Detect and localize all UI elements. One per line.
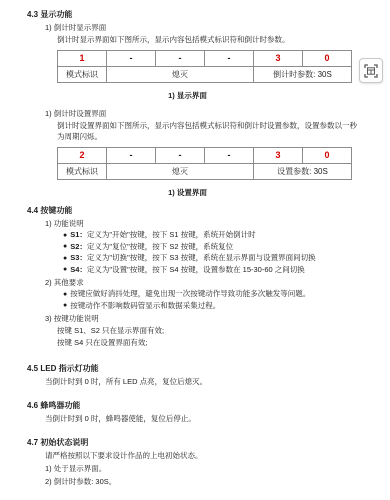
document-page: { "colors": { "accent_red": "#d40000", "… [0,0,390,500]
setting-table-caption: 1) 设置界面 [40,187,335,198]
display-table-caption: 1) 显示界面 [40,90,335,101]
mode-label-cell: 模式标识 [58,164,107,180]
key-name: S1： [70,230,87,239]
setting-interface-table: 2 - - - 3 0 模式标识 熄灭 设置参数: 30S [57,147,352,180]
table-row: 模式标识 熄灭 设置参数: 30S [58,164,352,180]
bullet-icon: ● [63,302,67,309]
section-4-3-heading: 4.3 显示功能 [27,9,390,20]
segment-digit: - [205,148,254,164]
key-desc: 定义为"开始"按键，按下 S1 按键，系统开始倒计时 [87,230,256,239]
table-row: 1 - - - 3 0 [58,51,352,67]
list-item: ●S2：定义为"复位"按键，按下 S2 按键，系统复位 [63,241,390,253]
list-item: ●S4：定义为"设置"按键，按下 S4 按键，设置参数在 15-30-60 之间… [63,264,390,276]
display-sub1-title: 1) 倒计时显示界面 [45,22,390,33]
keys-desc-title: 3) 按键功能说明 [45,313,390,324]
section-4-5-heading: 4.5 LED 指示灯功能 [27,363,390,374]
led-body: 当倒计时到 0 时，所有 LED 点亮，复位后熄灭。 [45,376,390,387]
segment-digit: 0 [303,51,352,67]
segment-digit: 1 [58,51,107,67]
param-label-cell: 设置参数: 30S [254,164,352,180]
bullet-icon: ● [63,266,67,273]
segment-digit: - [107,51,156,67]
list-item: ●S3：定义为"切换"按键，按下 S3 按键，系统在显示界面与设置界面间切换 [63,252,390,264]
section-4-4-heading: 4.4 按键功能 [27,205,390,216]
bullet-icon: ● [63,255,67,262]
section-4-7-heading: 4.7 初始状态说明 [27,437,390,448]
list-item: ●按键应做好消抖处理，避免出现一次按键动作导致功能多次触发等问题。 [63,288,390,300]
key-name: S4： [70,265,87,274]
display-interface-table: 1 - - - 3 0 模式标识 熄灭 倒计时参数: 30S [57,50,352,83]
segment-digit: 3 [254,148,303,164]
segment-digit: - [156,51,205,67]
table-row: 模式标识 熄灭 倒计时参数: 30S [58,67,352,83]
key-name: S2： [70,242,87,251]
table-capture-button[interactable] [359,58,383,83]
bullet-icon: ● [63,232,67,239]
key-name: S3： [70,253,87,262]
init-item: 1) 处于显示界面。 [45,463,390,474]
segment-digit: 2 [58,148,107,164]
segment-digit: - [156,148,205,164]
document-content: 4.3 显示功能 1) 倒计时显示界面 倒计时显示界面如下图所示，显示内容包括模… [0,0,390,487]
segment-digit: 3 [254,51,303,67]
keys-other-title: 2) 其他要求 [45,277,390,288]
display-sub1-body: 倒计时显示界面如下图所示，显示内容包括模式标识符和倒计时参数。 [57,34,361,45]
key-desc: 定义为"设置"按键，按下 S4 按键，设置参数在 15-30-60 之间切换 [87,265,305,274]
table-capture-icon [364,64,378,78]
key-desc: 定义为"切换"按键，按下 S3 按键，系统在显示界面与设置界面间切换 [87,253,316,262]
key-desc: 定义为"复位"按键，按下 S2 按键，系统复位 [87,242,233,251]
init-item: 2) 倒计时参数: 30S。 [45,476,390,487]
section-4-6-heading: 4.6 蜂鸣器功能 [27,400,390,411]
keys-desc-line: 按键 S4 只在设置界面有效; [57,337,361,348]
requirement-text: 按键应做好消抖处理，避免出现一次按键动作导致功能多次触发等问题。 [70,289,310,298]
list-item: ●S1：定义为"开始"按键，按下 S1 按键，系统开始倒计时 [63,229,390,241]
table-row: 2 - - - 3 0 [58,148,352,164]
segment-digit: - [205,51,254,67]
mode-label-cell: 模式标识 [58,67,107,83]
display-sub2-body: 倒计时设置界面如下图所示，显示内容包括模式标识符和倒计时设置参数，设置参数以一秒… [57,120,361,142]
off-label-cell: 熄灭 [107,67,254,83]
requirement-text: 按键动作不影响数码管显示和数据采集过程。 [70,301,220,310]
segment-digit: 0 [303,148,352,164]
bullet-icon: ● [63,291,67,298]
param-label-cell: 倒计时参数: 30S [254,67,352,83]
keys-func-title: 1) 功能说明 [45,218,390,229]
buzzer-body: 当倒计时到 0 时，蜂鸣器使能，复位后停止。 [45,413,390,424]
list-item: ●按键动作不影响数码管显示和数据采集过程。 [63,300,390,312]
off-label-cell: 熄灭 [107,164,254,180]
bullet-icon: ● [63,243,67,250]
keys-desc-line: 按键 S1、S2 只在显示界面有效; [57,325,361,336]
segment-digit: - [107,148,156,164]
init-body: 请严格按照以下要求设计作品的上电初始状态。 [45,450,390,461]
display-sub2-title: 1) 倒计时设置界面 [45,108,390,119]
